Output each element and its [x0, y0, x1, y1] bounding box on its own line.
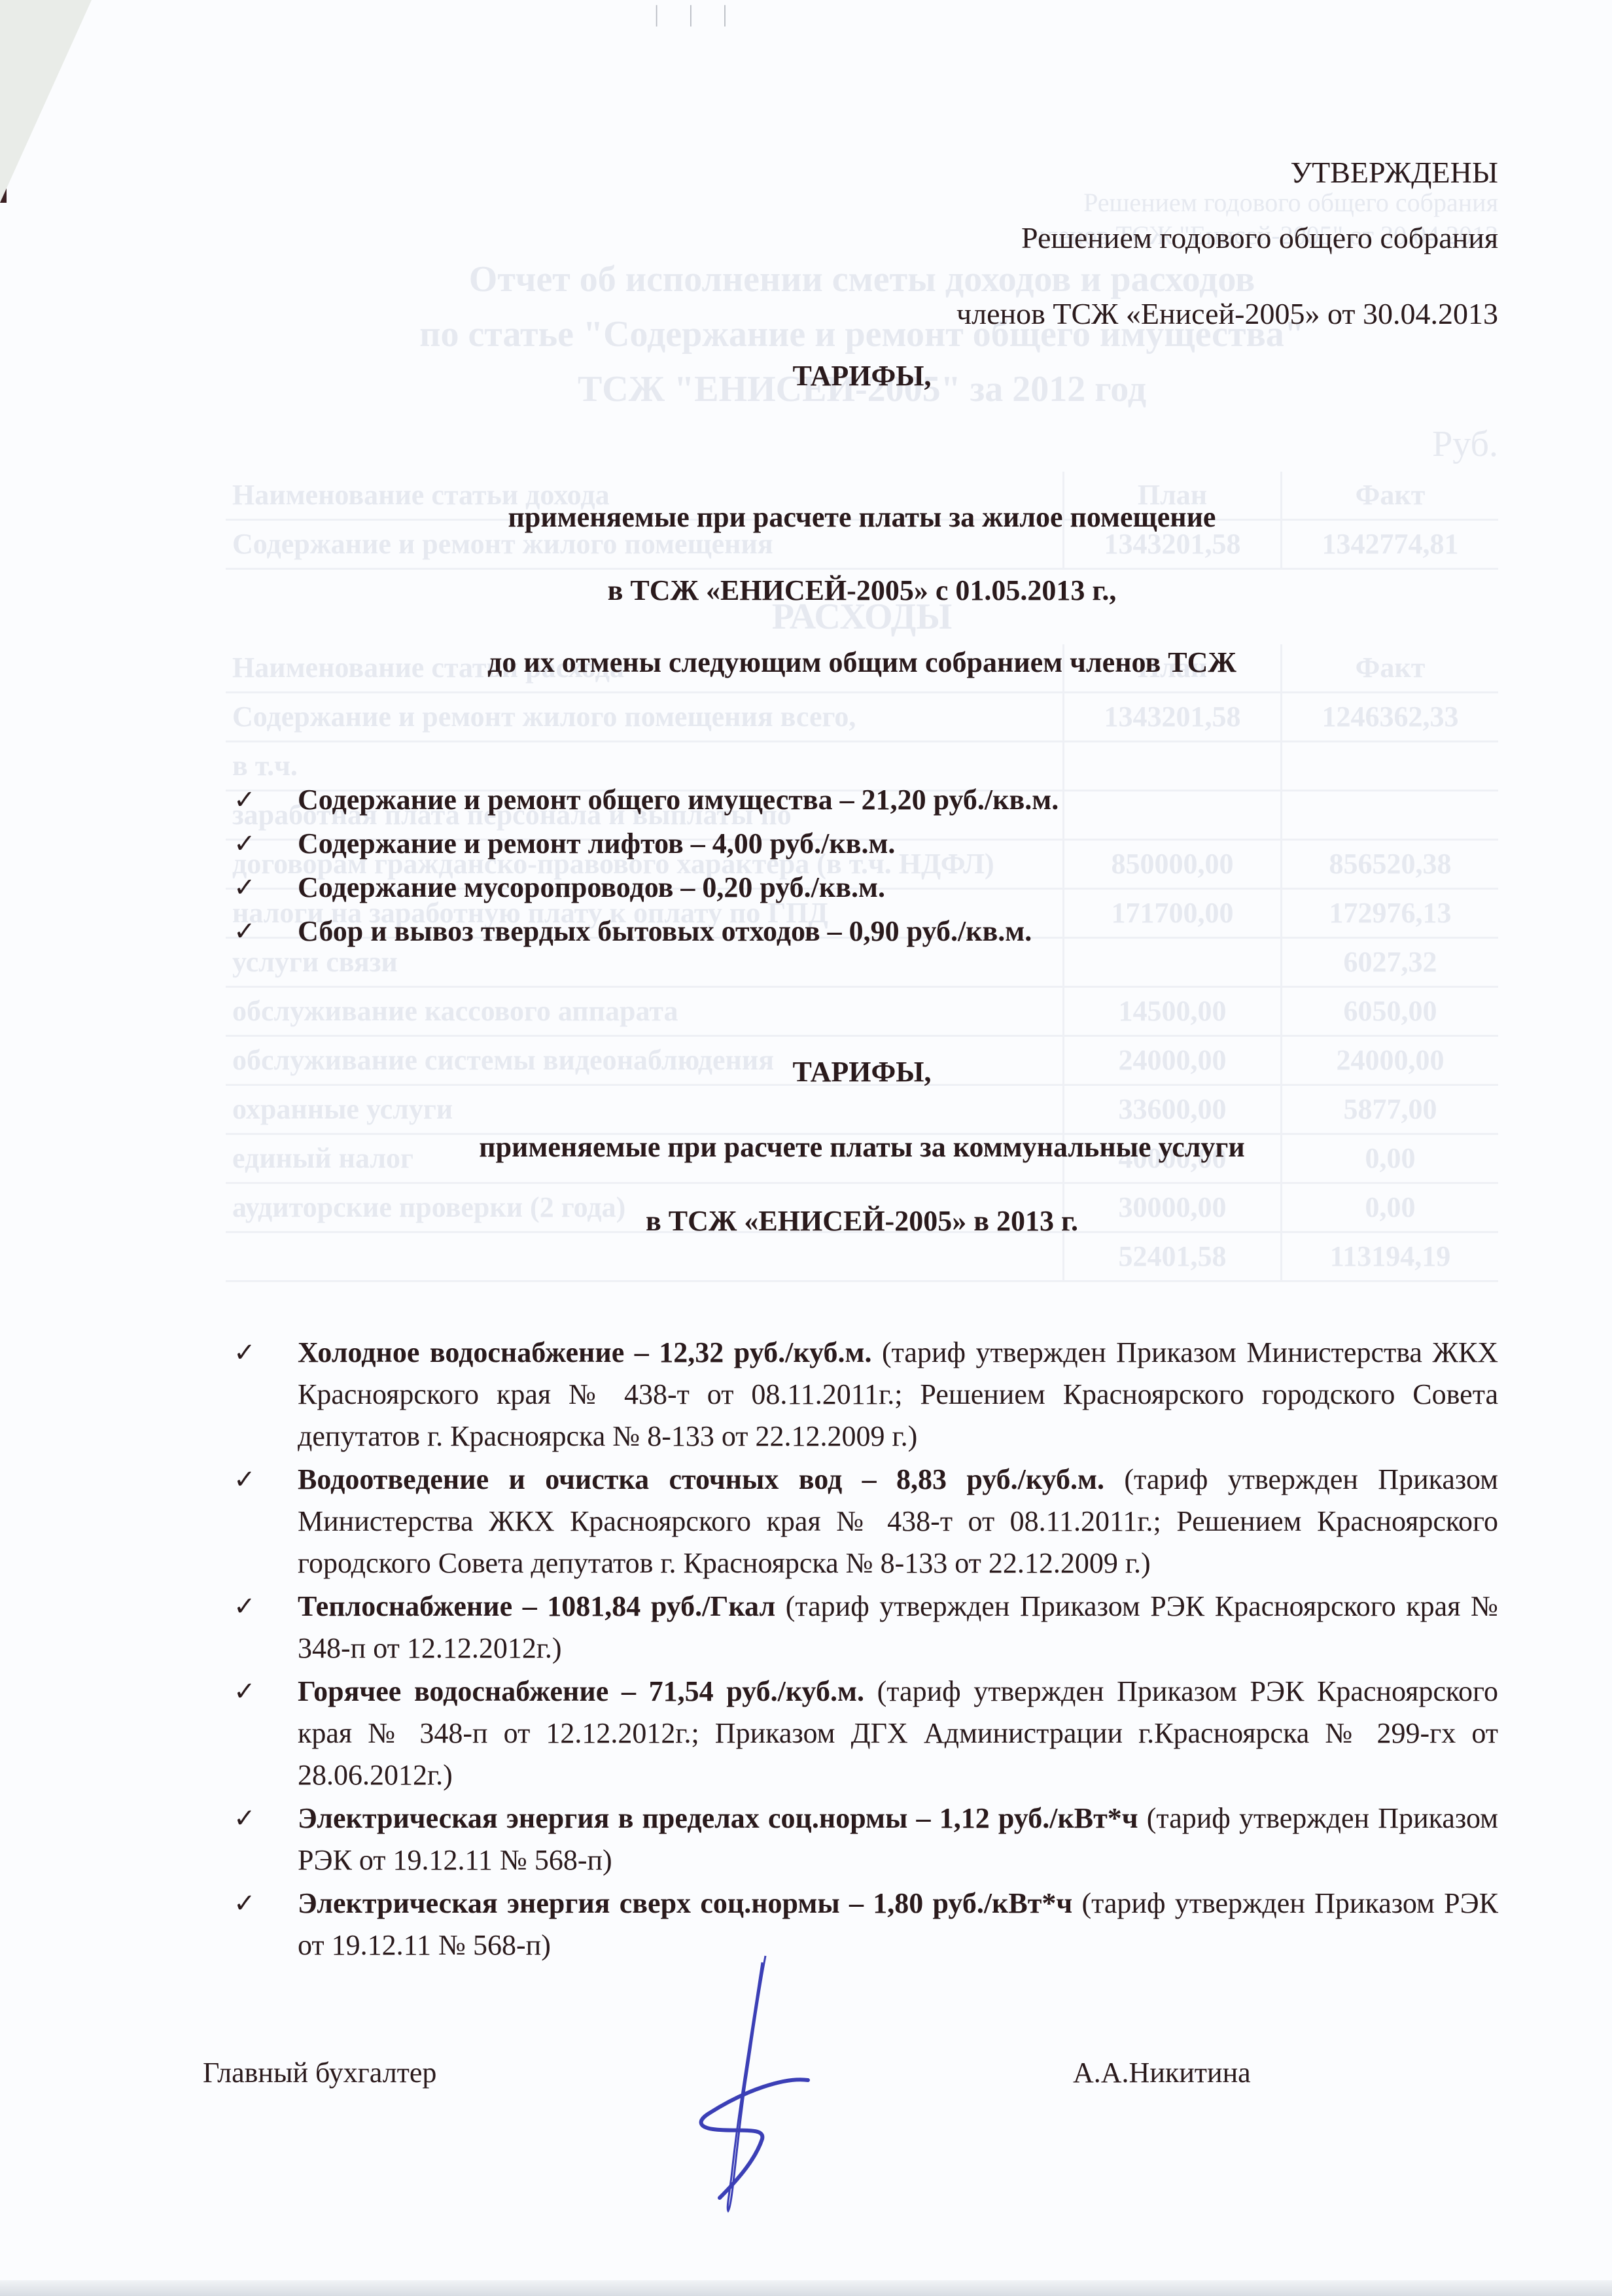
utility-tariff-name: Горячее водоснабжение – 71,54 руб./куб.м…: [298, 1675, 864, 1707]
approval-members-date: членов ТСЖ «Енисей-2005» от 30.04.2013: [956, 296, 1498, 332]
housing-tariff-text: Содержание мусоропроводов – 0,20 руб./кв…: [298, 871, 885, 903]
utility-tariffs-list: ✓ Холодное водоснабжение – 12,32 руб./ку…: [226, 1332, 1498, 1968]
utility-tariff-item: ✓ Холодное водоснабжение – 12,32 руб./ку…: [226, 1332, 1498, 1457]
utility-tariffs-title: ТАРИФЫ,: [226, 1054, 1498, 1090]
checkmark-icon: ✓: [234, 912, 256, 951]
utility-tariffs-subtitle-1: применяемые при расчете платы за коммуна…: [226, 1130, 1498, 1165]
checkmark-icon: ✓: [234, 1671, 256, 1713]
utility-tariff-item: ✓ Теплоснабжение – 1081,84 руб./Гкал (та…: [226, 1586, 1498, 1669]
housing-tariffs-subtitle-1: применяемые при расчете платы за жилое п…: [226, 500, 1498, 535]
ghost-expense-table: Наименование статьи расходаПланФактСодер…: [226, 644, 1498, 1282]
handwritten-signature-icon: [622, 1949, 818, 2224]
ghost-cell: 1343201,58: [1062, 693, 1280, 740]
housing-tariff-item: ✓ Содержание и ремонт общего имущества –…: [226, 780, 1498, 820]
ghost-currency: Руб.: [226, 417, 1498, 472]
checkmark-icon: ✓: [234, 1883, 256, 1924]
ghost-cell: 33600,00: [1062, 1086, 1280, 1133]
housing-tariff-item: ✓ Содержание мусоропроводов – 0,20 руб./…: [226, 868, 1498, 907]
ghost-header-line: Решением годового общего собрания: [226, 186, 1498, 219]
ghost-cell: 14500,00: [1062, 988, 1280, 1035]
housing-tariffs-subtitle-3: до их отмены следующим общим собранием ч…: [226, 645, 1498, 680]
ghost-cell: охранные услуги: [226, 1086, 1062, 1133]
scan-edge-bottom: [0, 2280, 1612, 2296]
housing-tariffs-subtitle-2: в ТСЖ «ЕНИСЕЙ-2005» с 01.05.2013 г.,: [226, 573, 1498, 608]
ghost-cell: 1246362,33: [1280, 693, 1498, 740]
ghost-cell: [226, 1233, 1062, 1280]
utility-tariff-name: Электрическая энергия сверх соц.нормы – …: [298, 1887, 1072, 1919]
housing-tariff-item: ✓ Содержание и ремонт лифтов – 4,00 руб.…: [226, 824, 1498, 863]
utility-tariff-name: Теплоснабжение – 1081,84 руб./Гкал: [298, 1590, 775, 1622]
utility-tariff-name: Холодное водоснабжение – 12,32 руб./куб.…: [298, 1336, 871, 1368]
page-fold-corner: [0, 0, 92, 203]
checkmark-icon: ✓: [234, 824, 256, 863]
utility-tariffs-subtitle-2: в ТСЖ «ЕНИСЕЙ-2005» в 2013 г.: [226, 1204, 1498, 1239]
housing-tariff-text: Сбор и вывоз твердых бытовых отходов – 0…: [298, 915, 1032, 947]
signatory-position: Главный бухгалтер: [203, 2055, 436, 2091]
approval-stamp-title: УТВЕРЖДЕНЫ: [1291, 154, 1498, 191]
utility-tariff-item: ✓ Горячее водоснабжение – 71,54 руб./куб…: [226, 1671, 1498, 1796]
ghost-table-row: Содержание и ремонт жилого помещения все…: [226, 693, 1498, 742]
utility-tariff-item: ✓ Электрическая энергия сверх соц.нормы …: [226, 1883, 1498, 1966]
utility-tariff-name: Электрическая энергия в пределах соц.нор…: [298, 1802, 1138, 1834]
ghost-table-row: обслуживание кассового аппарата14500,006…: [226, 988, 1498, 1037]
signatory-name: А.А.Никитина: [1073, 2055, 1251, 2091]
checkmark-icon: ✓: [234, 780, 256, 820]
utility-tariff-item: ✓ Электрическая энергия в пределах соц.н…: [226, 1798, 1498, 1881]
ghost-cell: 5877,00: [1280, 1086, 1498, 1133]
housing-tariff-text: Содержание и ремонт лифтов – 4,00 руб./к…: [298, 827, 895, 860]
checkmark-icon: ✓: [234, 868, 256, 907]
scan-top-mark: | | |: [654, 0, 739, 27]
approval-decision: Решением годового общего собрания: [1021, 220, 1498, 256]
ghost-cell: обслуживание кассового аппарата: [226, 988, 1062, 1035]
checkmark-icon: ✓: [234, 1586, 256, 1627]
utility-tariff-item: ✓ Водоотведение и очистка сточных вод – …: [226, 1459, 1498, 1584]
utility-tariff-name: Водоотведение и очистка сточных вод – 8,…: [298, 1463, 1104, 1495]
ghost-table-row: охранные услуги33600,005877,00: [226, 1086, 1498, 1135]
housing-tariffs-title: ТАРИФЫ,: [226, 358, 1498, 394]
ghost-cell: 6050,00: [1280, 988, 1498, 1035]
ghost-cell: Содержание и ремонт жилого помещения все…: [226, 693, 1062, 740]
checkmark-icon: ✓: [234, 1332, 256, 1374]
housing-tariff-text: Содержание и ремонт общего имущества – 2…: [298, 784, 1059, 816]
ghost-cell: 113194,19: [1280, 1233, 1498, 1280]
housing-tariff-item: ✓ Сбор и вывоз твердых бытовых отходов –…: [226, 912, 1498, 951]
ghost-table-row: 52401,58113194,19: [226, 1233, 1498, 1282]
checkmark-icon: ✓: [234, 1459, 256, 1501]
housing-tariffs-list: ✓ Содержание и ремонт общего имущества –…: [226, 780, 1498, 956]
ghost-cell: 52401,58: [1062, 1233, 1280, 1280]
checkmark-icon: ✓: [234, 1798, 256, 1839]
